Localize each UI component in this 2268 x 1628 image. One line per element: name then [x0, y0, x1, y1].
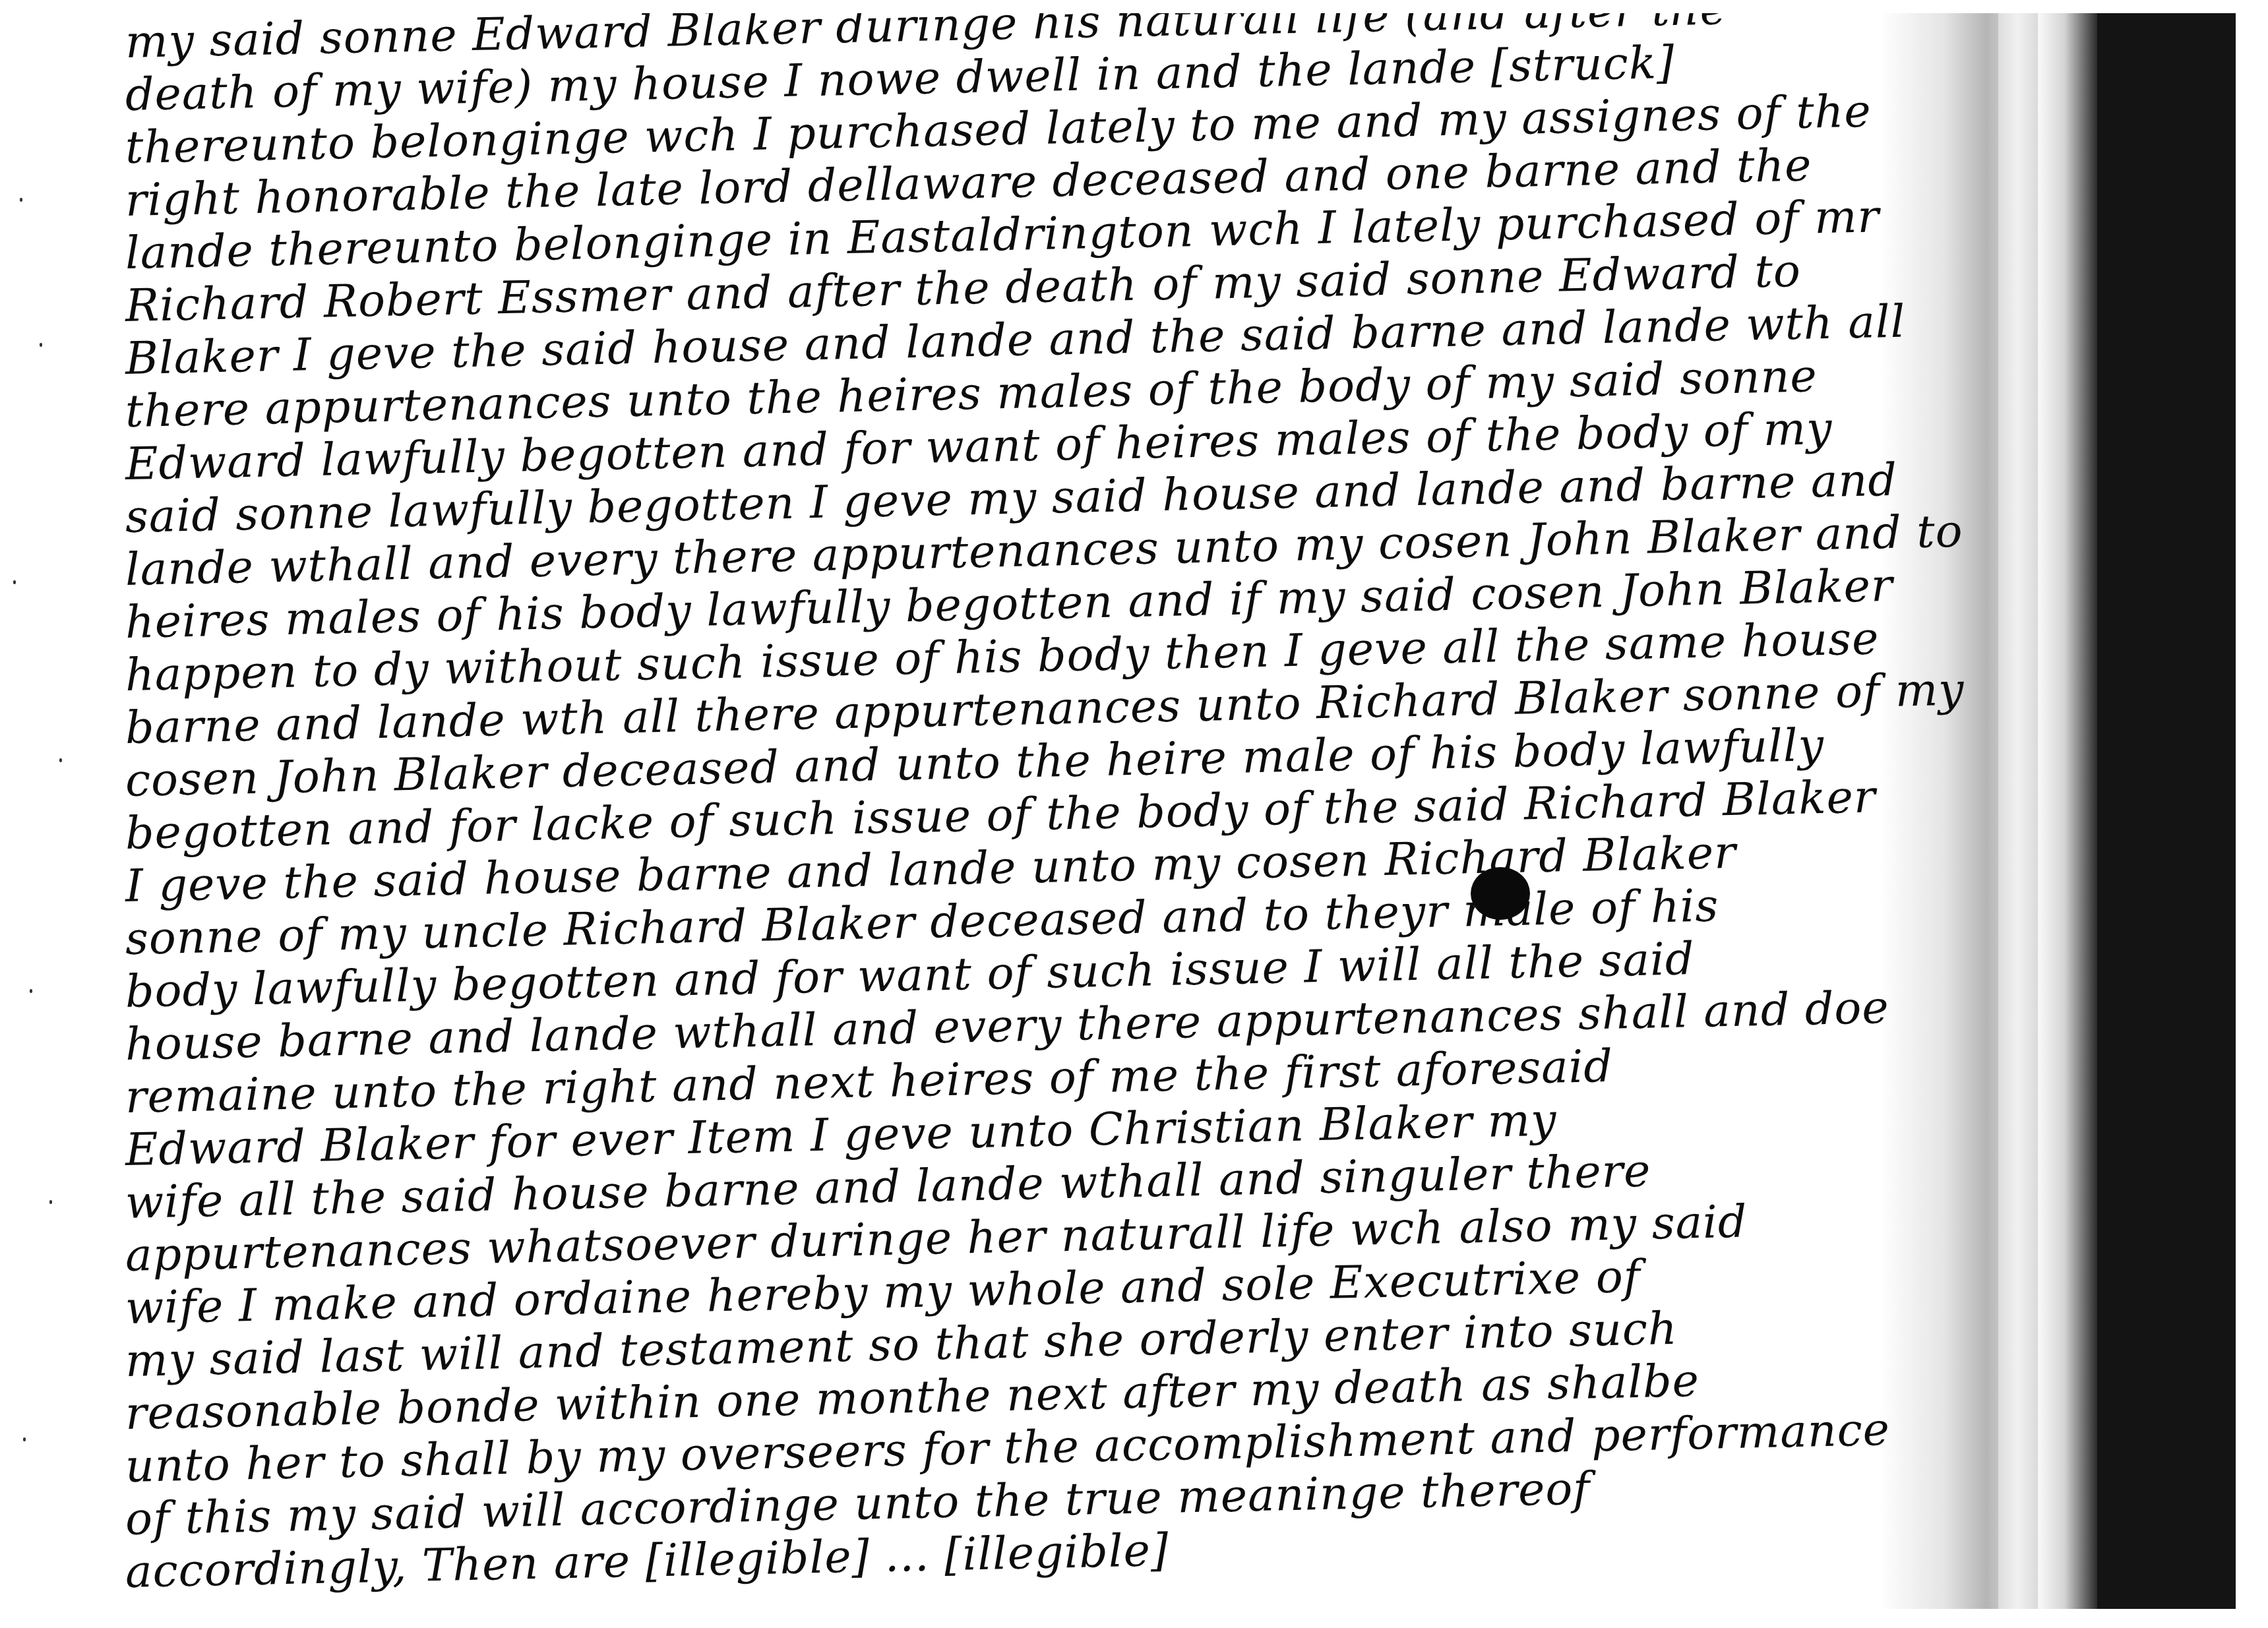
page-fold-highlight	[1998, 13, 2038, 1609]
ink-blot-artifact	[1471, 867, 1530, 920]
binding-gutter-dark	[2097, 13, 2236, 1609]
manuscript-scan: my said sonne Edward Blaker duringe his …	[99, 13, 2236, 1609]
scan-noise-margin	[0, 0, 99, 1628]
